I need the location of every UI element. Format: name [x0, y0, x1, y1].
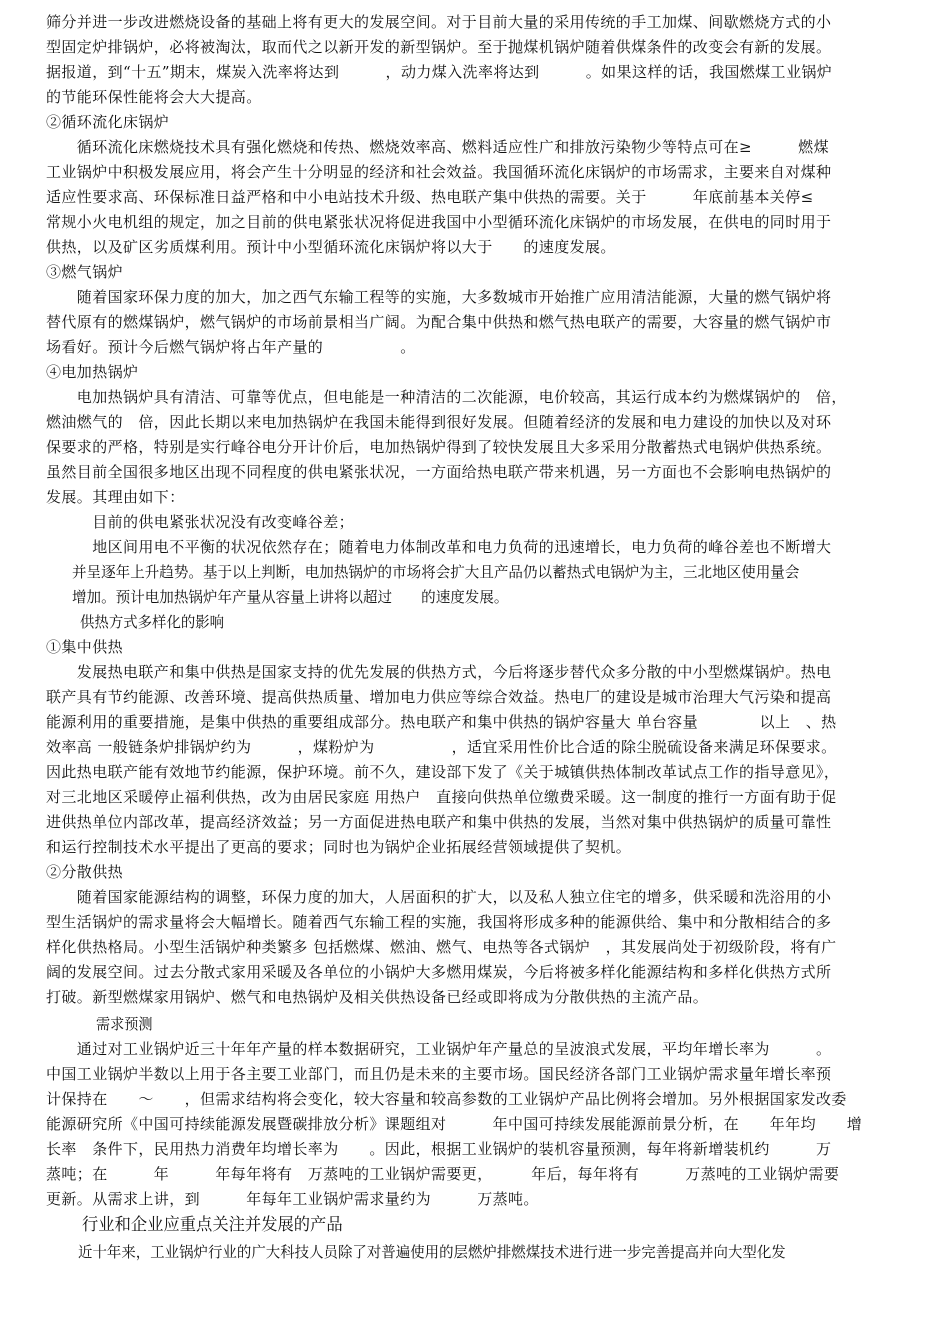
text-line: 能源利用的重要措施，是集中供热的重要组成部分。热电联产和集中供热的锅炉容量大 单…: [46, 712, 908, 732]
text-line: 供热，以及矿区劣质煤利用。预计中小型循环流化床锅炉将以大于 的速度发展。: [46, 237, 908, 257]
text-line: 循环流化床燃烧技术具有强化燃烧和传热、燃烧效率高、燃料适应性广和排放污染物少等特…: [46, 137, 908, 157]
text-line: ②循环流化床锅炉: [46, 112, 908, 132]
text-line: 燃油燃气的 倍，因此长期以来电加热锅炉在我国未能得到很好发展。但随着经济的发展和…: [46, 412, 908, 432]
text-line: 常规小火电机组的规定，加之目前的供电紧张状况将促进我国中小型循环流化床锅炉的市场…: [46, 212, 908, 232]
text-line: 替代原有的燃煤锅炉，燃气锅炉的市场前景相当广阔。为配合集中供热和燃气热电联产的需…: [46, 312, 908, 332]
text-line: 阔的发展空间。过去分散式家用采暖及各单位的小锅炉大多燃用煤炭，今后将被多样化能源…: [46, 962, 908, 982]
text-line: 虽然目前全国很多地区出现不同程度的供电紧张状况，一方面给热电联产带来机遇，另一方…: [46, 462, 908, 482]
text-line: 随着国家能源结构的调整，环保力度的加大，人居面积的扩大，以及私人独立住宅的增多，…: [46, 887, 908, 907]
text-line: 地区间用电不平衡的状况依然存在；随着电力体制改革和电力负荷的迅速增长，电力负荷的…: [46, 537, 908, 557]
text-line: 中国工业锅炉半数以上用于各主要工业部门，而且仍是未来的主要市场。国民经济各部门工…: [46, 1064, 908, 1084]
text-line: 增加。预计电加热锅炉年产量从容量上讲将以超过 的速度发展。: [72, 587, 908, 607]
text-line: 保要求的严格，特别是实行峰谷电分开计价后，电加热锅炉得到了较快发展且大多采用分散…: [46, 437, 908, 457]
text-line: 目前的供电紧张状况没有改变峰谷差；: [46, 512, 908, 532]
text-line: 并呈逐年上升趋势。基于以上判断，电加热锅炉的市场将会扩大且产品仍以蓄热式电锅炉为…: [72, 562, 908, 582]
text-line: 筛分并进一步改进燃烧设备的基础上将有更大的发展空间。对于目前大量的采用传统的手工…: [46, 12, 908, 32]
text-line: 近十年来，工业锅炉行业的广大科技人员除了对普遍使用的层燃炉排燃煤技术进行进一步完…: [78, 1242, 908, 1262]
text-line: 对三北地区采暖停止福利供热，改为由居民家庭 用热户 直接向供热单位缴费采暖。这一…: [46, 787, 908, 807]
text-line: 蒸吨；在 年 年每年将有 万蒸吨的工业锅炉需要更， 年后，每年将有 万蒸吨的工业…: [46, 1164, 908, 1184]
text-line: 随着国家环保力度的加大，加之西气东输工程等的实施，大多数城市开始推广应用清洁能源…: [46, 287, 908, 307]
text-line: 型生活锅炉的需求量将会大幅增长。随着西气东输工程的实施，我国将形成多种的能源供给…: [46, 912, 908, 932]
text-line: 据报道，到“十五”期末，煤炭入洗率将达到 ，动力煤入洗率将达到 。如果这样的话，…: [46, 62, 908, 82]
text-line: 通过对工业锅炉近三十年年产量的样本数据研究，工业锅炉年产量总的呈波浪式发展，平均…: [46, 1039, 908, 1059]
text-line: 联产具有节约能源、改善环境、提高供热质量、增加电力供应等综合效益。热电厂的建设是…: [46, 687, 908, 707]
text-line: 和运行控制技术水平提出了更高的要求；同时也为锅炉企业拓展经营领域提供了契机。: [46, 837, 908, 857]
text-line: 进供热单位内部改革，提高经济效益；另一方面促进热电联产和集中供热的发展，当然对集…: [46, 812, 908, 832]
text-line: 更新。从需求上讲，到 年每年工业锅炉需求量约为 万蒸吨。: [46, 1189, 908, 1209]
text-line: 因此热电联产能有效地节约能源，保护环境。前不久，建设部下发了《关于城镇供热体制改…: [46, 762, 908, 782]
text-line: 供热方式多样化的影响: [80, 612, 908, 632]
text-line: 能源研究所《中国可持续能源发展暨碳排放分析》课题组对 年中国可持续发展能源前景分…: [46, 1114, 908, 1134]
text-line: 的节能环保性能将会大大提高。: [46, 87, 908, 107]
text-line: ①集中供热: [46, 637, 908, 657]
text-line: 适应性要求高、环保标准日益严格和中小电站技术升级、热电联产集中供热的需要。关于 …: [46, 187, 908, 207]
text-line: 长率 条件下，民用热力消费年均增长率为 。因此，根据工业锅炉的装机容量预测，每年…: [46, 1139, 908, 1159]
text-line: 电加热锅炉具有清洁、可靠等优点，但电能是一种清洁的二次能源，电价较高，其运行成本…: [46, 387, 908, 407]
text-line: 型固定炉排锅炉，必将被淘汰，取而代之以新开发的新型锅炉。至于抛煤机锅炉随着供煤条…: [46, 37, 908, 57]
text-line: 样化供热格局。小型生活锅炉种类繁多 包括燃煤、燃油、燃气、电热等各式锅炉 ，其发…: [46, 937, 908, 957]
text-line: 需求预测: [96, 1014, 908, 1034]
text-line: 工业锅炉中积极发展应用，将会产生十分明显的经济和社会效益。我国循环流化床锅炉的市…: [46, 162, 908, 182]
text-line: 发展热电联产和集中供热是国家支持的优先发展的供热方式，今后将逐步替代众多分散的中…: [46, 662, 908, 682]
text-line: ④电加热锅炉: [46, 362, 908, 382]
document-page: 筛分并进一步改进燃烧设备的基础上将有更大的发展空间。对于目前大量的采用传统的手工…: [0, 0, 950, 1344]
text-line: 计保持在 ～ ，但需求结构将会变化，较大容量和较高参数的工业锅炉产品比例将会增加…: [46, 1089, 908, 1109]
text-line: 打破。新型燃煤家用锅炉、燃气和电热锅炉及相关供热设备已经或即将成为分散供热的主流…: [46, 987, 908, 1007]
text-line: ③燃气锅炉: [46, 262, 908, 282]
text-line: 场看好。预计今后燃气锅炉将占年产量的 。: [46, 337, 908, 357]
text-line: ②分散供热: [46, 862, 908, 882]
text-line: 发展。其理由如下：: [46, 487, 908, 507]
text-line: 行业和企业应重点关注并发展的产品: [82, 1215, 908, 1235]
text-line: 效率高 一般链条炉排锅炉约为 ，煤粉炉为 ，适宜采用性价比合适的除尘脱硫设备来满…: [46, 737, 908, 757]
